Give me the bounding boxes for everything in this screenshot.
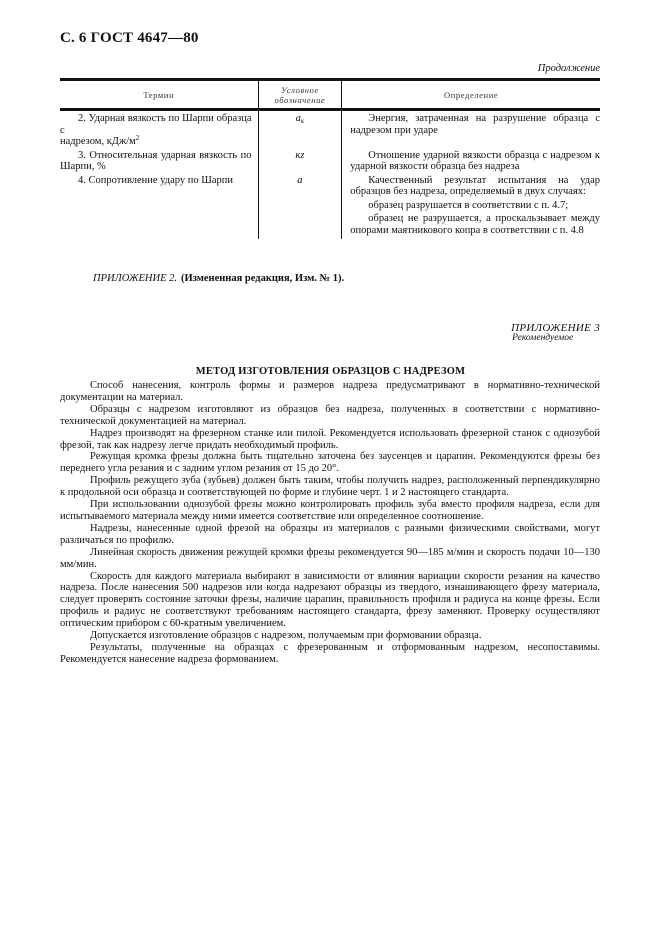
symbol-text: кz	[259, 148, 342, 162]
term-line: надрезом, кДж/м	[60, 136, 136, 147]
paragraph: При использовании однозубой фрезы можно …	[60, 499, 600, 523]
page-header: С. 6 ГОСТ 4647—80	[60, 30, 199, 47]
appendix3-status: Рекомендуемое	[512, 333, 600, 343]
paragraph: Результаты, полученные на образцах с фре…	[60, 642, 600, 666]
paragraph: Режущая кромка фрезы должна быть тщатель…	[60, 451, 600, 475]
definition-cell: Энергия, затраченная на разрушение образ…	[342, 110, 600, 148]
terms-table: Термин Условное обозначение Определение …	[60, 78, 600, 239]
symbol-cell: a	[258, 173, 342, 240]
appendix2-note: ПРИЛОЖЕНИЕ 2.(Измененная редакция, Изм. …	[93, 273, 344, 284]
symbol-cell: aк	[258, 110, 342, 148]
paragraph: Образцы с надрезом изготовляют из образц…	[60, 404, 600, 428]
symbol-text: aк	[259, 111, 342, 125]
paragraph: Надрезы, нанесенные одной фрезой на обра…	[60, 523, 600, 547]
column-header-term: Термин	[60, 80, 258, 110]
definition-cell: Отношение ударной вязкости образца с над…	[342, 148, 600, 173]
table-row: 3. Относительная ударная вязкость по Шар…	[60, 148, 600, 173]
column-header-symbol: Условное обозначение	[258, 80, 342, 110]
table-header-row: Термин Условное обозначение Определение	[60, 80, 600, 110]
paragraph: Линейная скорость движения режущей кромк…	[60, 547, 600, 571]
superscript: 2	[136, 134, 140, 142]
term-cell: 4. Сопротивление удару по Шарпи	[60, 173, 258, 240]
symbol-subscript: к	[301, 117, 304, 125]
term-text: 2. Ударная вязкость по Шарпи образца с	[60, 111, 258, 136]
definition-text: Отношение ударной вязкости образца с над…	[342, 148, 600, 173]
continuation-label: Продолжение	[538, 63, 600, 74]
table-row: 2. Ударная вязкость по Шарпи образца с н…	[60, 110, 600, 148]
term-line: 2. Ударная вязкость по Шарпи образца с	[60, 113, 252, 136]
paragraph: Способ нанесения, контроль формы и разме…	[60, 380, 600, 404]
definition-text: образец не разрушается, а проскальзывает…	[342, 213, 600, 239]
appendix2-label: ПРИЛОЖЕНИЕ 2.	[93, 273, 177, 284]
term-text: 4. Сопротивление удару по Шарпи	[60, 173, 258, 187]
definition-cell: Качественный результат испытания на удар…	[342, 173, 600, 240]
table-row: 4. Сопротивление удару по Шарпи a Качест…	[60, 173, 600, 240]
term-cell: 2. Ударная вязкость по Шарпи образца с н…	[60, 110, 258, 148]
term-text-cont: надрезом, кДж/м2	[60, 136, 258, 148]
appendix3-heading: ПРИЛОЖЕНИЕ 3 Рекомендуемое	[511, 322, 600, 343]
term-cell: 3. Относительная ударная вязкость по Шар…	[60, 148, 258, 173]
column-header-symbol-text: Условное обозначение	[270, 85, 330, 105]
column-header-definition: Определение	[342, 80, 600, 110]
section-title: МЕТОД ИЗГОТОВЛЕНИЯ ОБРАЗЦОВ С НАДРЕЗОМ	[0, 366, 661, 377]
definition-text: Качественный результат испытания на удар…	[342, 173, 600, 200]
definition-text: Энергия, затраченная на разрушение образ…	[342, 111, 600, 136]
definition-text: образец разрушается в соответствии с п. …	[342, 200, 600, 214]
paragraph: Скорость для каждого материала выбирают …	[60, 571, 600, 631]
paragraph: Надрез производят на фрезерном станке ил…	[60, 428, 600, 452]
term-text: 3. Относительная ударная вязкость по Шар…	[60, 148, 258, 173]
paragraph: Профиль режущего зуба (зубьев) должен бы…	[60, 475, 600, 499]
symbol-cell: кz	[258, 148, 342, 173]
symbol-text: a	[259, 173, 342, 187]
paragraph: Допускается изготовление образцов с надр…	[60, 630, 600, 642]
section-body: Способ нанесения, контроль формы и разме…	[60, 380, 600, 666]
appendix2-change-note: (Измененная редакция, Изм. № 1).	[181, 273, 344, 284]
